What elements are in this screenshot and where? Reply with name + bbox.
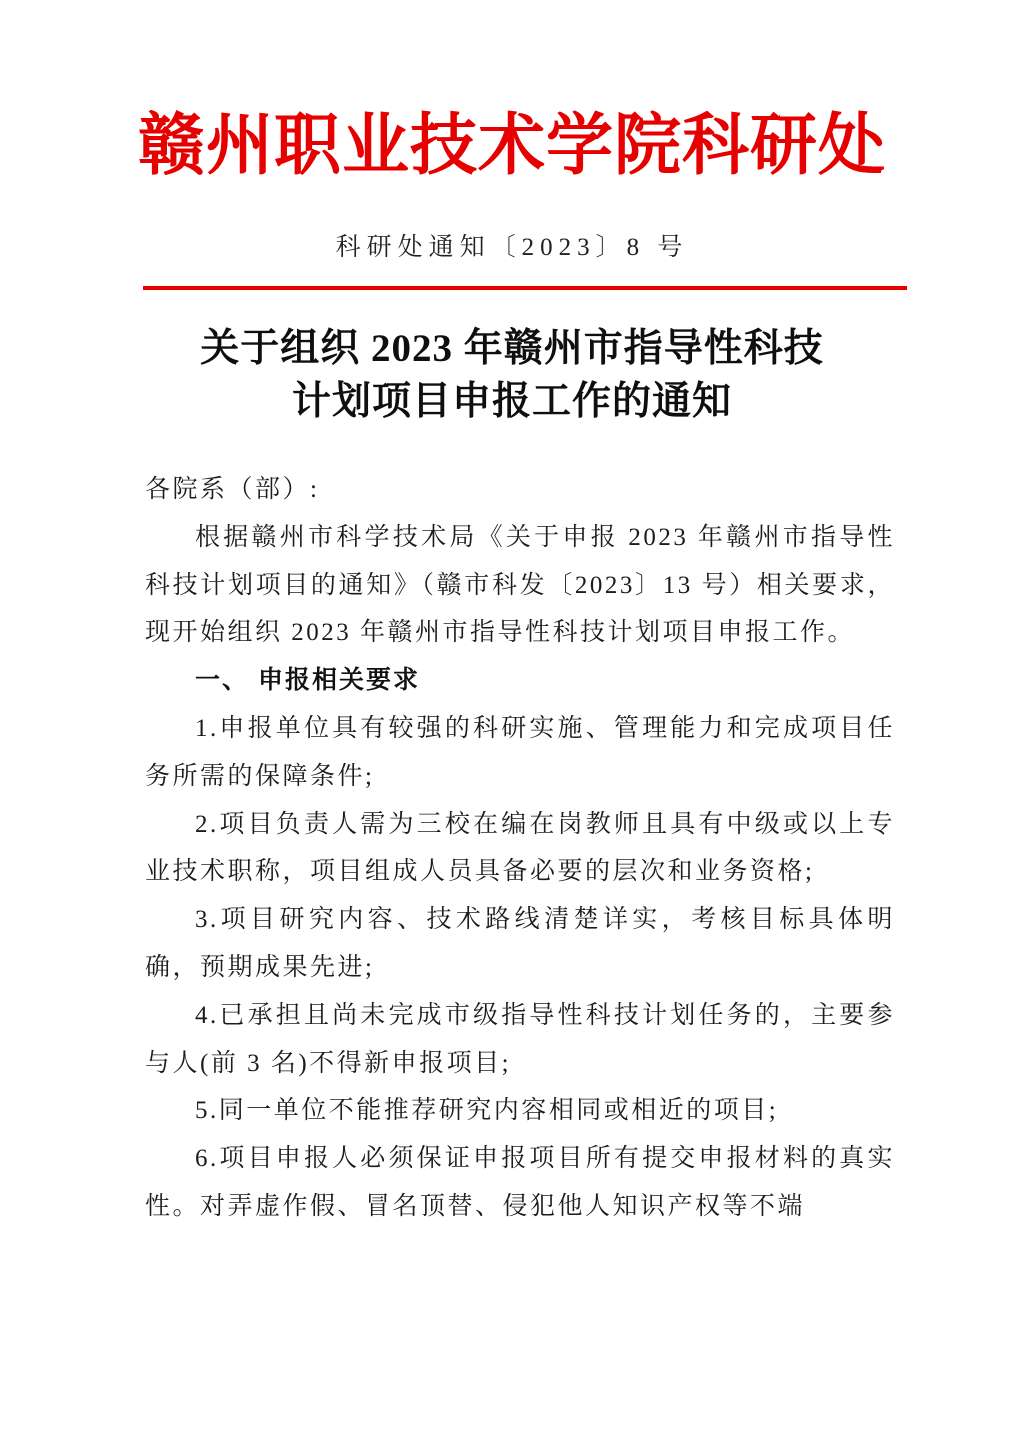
notice-title: 关于组织 2023 年赣州市指导性科技 计划项目申报工作的通知 xyxy=(0,322,1024,428)
salutation: 各院系（部）: xyxy=(145,466,895,514)
notice-title-line1: 关于组织 2023 年赣州市指导性科技 xyxy=(0,322,1024,375)
notice-title-line2: 计划项目申报工作的通知 xyxy=(0,375,1024,428)
list-item-1: 1.申报单位具有较强的科研实施、管理能力和完成项目任务所需的保障条件; xyxy=(145,705,895,801)
list-item-2: 2.项目负责人需为三校在编在岗教师且具有中级或以上专业技术职称，项目组成人员具备… xyxy=(145,801,895,897)
list-item-4: 4.已承担且尚未完成市级指导性科技计划任务的，主要参与人(前 3 名)不得新申报… xyxy=(145,992,895,1088)
doc-number: 科研处通知〔2023〕8 号 xyxy=(0,227,1024,263)
org-header-title: 赣州职业技术学院科研处 xyxy=(0,92,1024,188)
list-item-5: 5.同一单位不能推荐研究内容相同或相近的项目; xyxy=(145,1087,895,1135)
list-item-3: 3.项目研究内容、技术路线清楚详实，考核目标具体明确，预期成果先进; xyxy=(145,896,895,992)
notice-body: 各院系（部）: 根据赣州市科学技术局《关于申报 2023 年赣州市指导性科技计划… xyxy=(145,466,895,1231)
section-heading-requirements: 一、 申报相关要求 xyxy=(145,657,895,705)
list-item-6: 6.项目申报人必须保证申报项目所有提交申报材料的真实性。对弄虚作假、冒名顶替、侵… xyxy=(145,1135,895,1231)
intro-paragraph: 根据赣州市科学技术局《关于申报 2023 年赣州市指导性科技计划项目的通知》（赣… xyxy=(145,514,895,657)
red-divider-rule xyxy=(143,286,907,290)
document-page: 赣州职业技术学院科研处 科研处通知〔2023〕8 号 关于组织 2023 年赣州… xyxy=(0,0,1024,1448)
